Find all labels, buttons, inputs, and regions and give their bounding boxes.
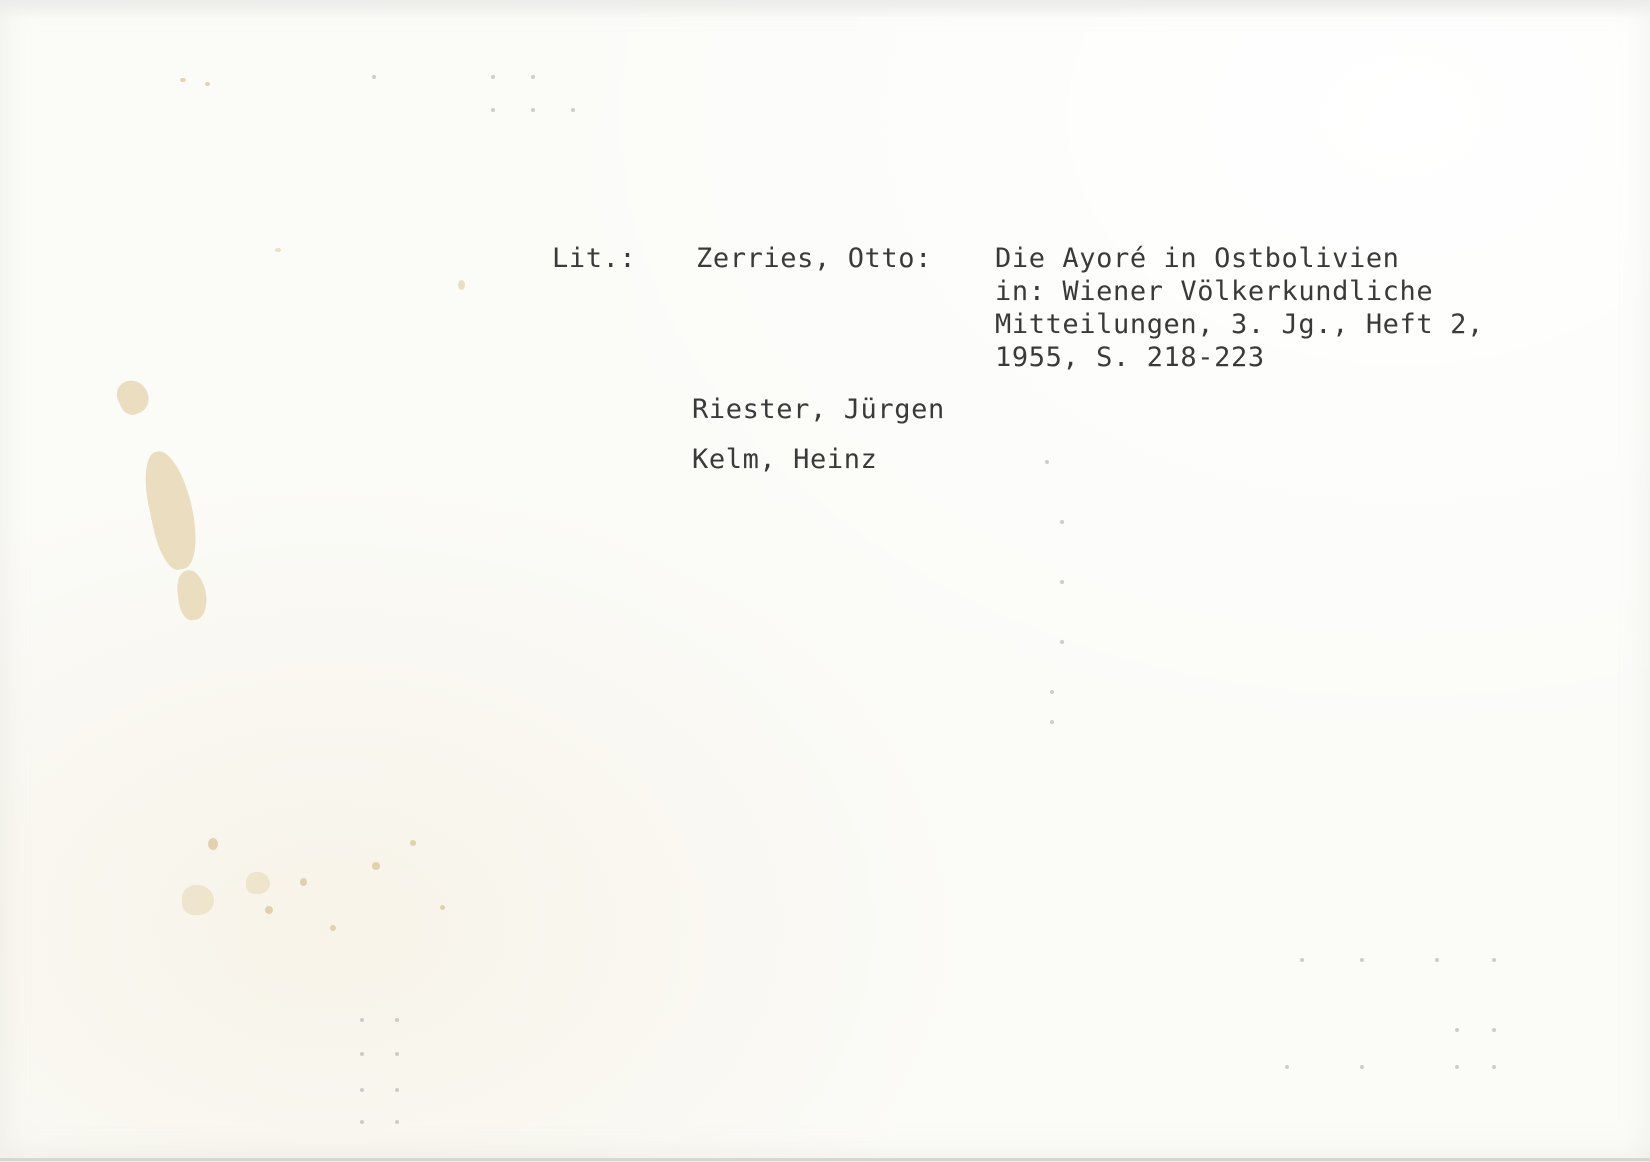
stain-bottom-left <box>182 885 214 915</box>
speck <box>372 862 380 870</box>
show-through-dot <box>1050 720 1054 724</box>
show-through-dot <box>1060 520 1064 524</box>
speck <box>275 248 281 252</box>
speck <box>265 906 273 914</box>
show-through-dot <box>395 1052 399 1056</box>
citation-line: Mitteilungen, 3. Jg., Heft 2, <box>995 308 1484 341</box>
show-through-dot <box>1050 690 1054 694</box>
show-through-dot <box>491 108 495 112</box>
stain-left-upper <box>112 375 154 418</box>
speck <box>410 840 416 846</box>
citation-line: Die Ayoré in Ostbolivien <box>995 242 1400 275</box>
stain-left-lower <box>175 568 210 621</box>
show-through-dot <box>372 75 376 79</box>
author-entry: Kelm, Heinz <box>692 443 877 476</box>
citation-line: 1955, S. 218-223 <box>995 341 1265 374</box>
show-through-dot <box>360 1088 364 1092</box>
show-through-dot <box>360 1052 364 1056</box>
scan-edge-shadow <box>0 0 1650 18</box>
speck <box>208 838 218 850</box>
stain-bottom-mid <box>246 872 270 894</box>
show-through-dot <box>1455 1028 1459 1032</box>
show-through-dot <box>571 108 575 112</box>
show-through-dot <box>1045 460 1049 464</box>
literature-label: Lit.: <box>552 242 636 275</box>
show-through-dot <box>360 1018 364 1022</box>
speck <box>180 78 186 82</box>
show-through-dot <box>1455 1065 1459 1069</box>
stain-left-long <box>138 447 204 573</box>
show-through-dot <box>491 75 495 79</box>
show-through-dot <box>360 1120 364 1124</box>
show-through-dot <box>1492 1065 1496 1069</box>
speck <box>458 280 465 290</box>
speck <box>300 878 307 886</box>
show-through-dot <box>1285 1065 1289 1069</box>
show-through-dot <box>1360 958 1364 962</box>
show-through-dot <box>395 1120 399 1124</box>
show-through-dot <box>531 75 535 79</box>
show-through-dot <box>395 1088 399 1092</box>
show-through-dot <box>395 1018 399 1022</box>
show-through-dot <box>1300 958 1304 962</box>
show-through-dot <box>1060 640 1064 644</box>
speck <box>440 905 445 910</box>
show-through-dot <box>1492 958 1496 962</box>
show-through-dot <box>1060 580 1064 584</box>
citation-line: in: Wiener Völkerkundliche <box>995 275 1433 308</box>
author-entry: Riester, Jürgen <box>692 393 945 426</box>
show-through-dot <box>1435 958 1439 962</box>
show-through-dot <box>1492 1028 1496 1032</box>
primary-author: Zerries, Otto: <box>696 242 932 275</box>
show-through-dot <box>531 108 535 112</box>
speck <box>330 925 336 931</box>
speck <box>205 82 210 86</box>
show-through-dot <box>1360 1065 1364 1069</box>
index-card: Lit.: Zerries, Otto: Die Ayoré in Ostbol… <box>0 0 1650 1161</box>
